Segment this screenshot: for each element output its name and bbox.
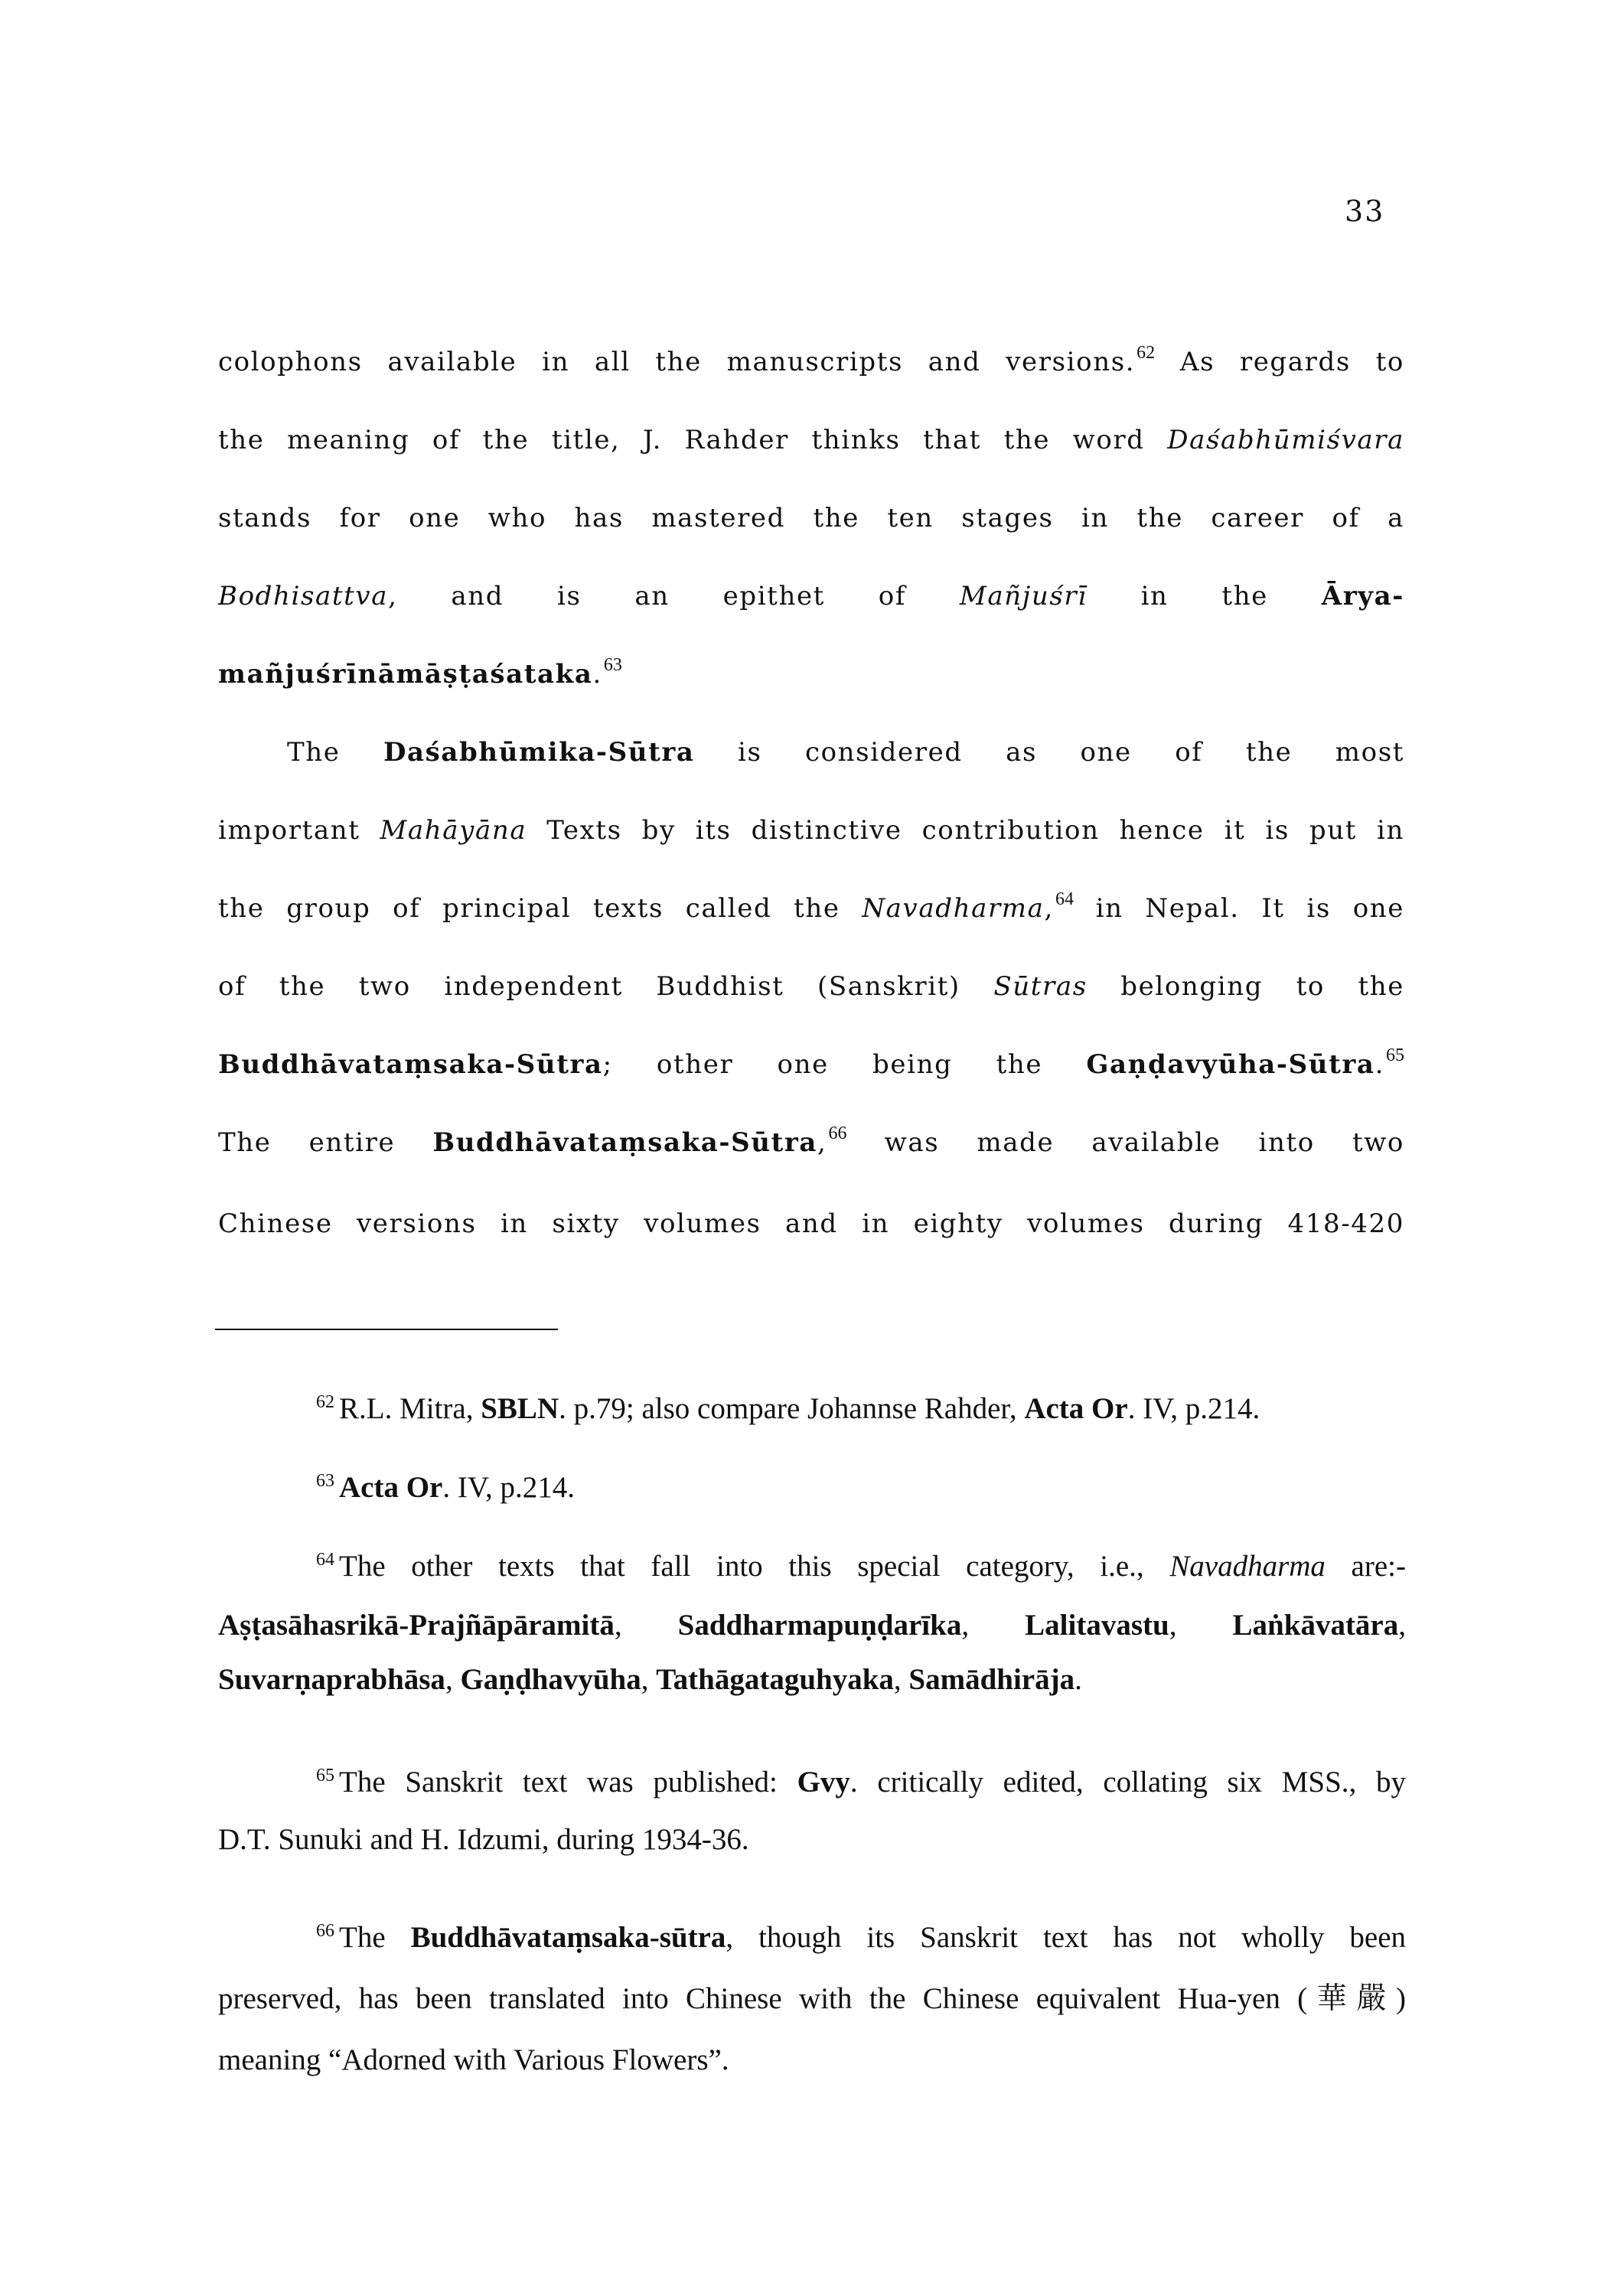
footnote-65-line: D.T. Sunuki and H. Idzumi, during 1934-3…	[218, 1822, 1406, 1857]
footnote-number: 66	[316, 1921, 334, 1941]
body-line: of the two independent Buddhist (Sanskri…	[218, 967, 1404, 1006]
footnote-66: 66The Buddhāvataṃsaka-sūtra, though its …	[218, 1920, 1406, 1955]
footnote-number: 62	[316, 1392, 334, 1412]
footnote-ref-66[interactable]: 66	[828, 1124, 846, 1143]
body-line: stands for one who has mastered the ten …	[218, 499, 1404, 537]
body-line: Buddhāvataṃsaka-Sūtra; other one being t…	[218, 1045, 1404, 1084]
footnote-63: 63Acta Or. IV, p.214.	[218, 1470, 1406, 1505]
page-number: 33	[1345, 194, 1384, 228]
body-line: colophons available in all the manuscrip…	[218, 343, 1404, 381]
footnote-64-line: Suvarṇaprabhāsa, Gaṇḍhavyūha, Tathāgatag…	[218, 1662, 1406, 1698]
footnote-number: 63	[316, 1471, 334, 1491]
term-dasabhumisvara: Daśabhūmiśvara	[1167, 425, 1404, 455]
footnote-66-line: preserved, has been translated into Chin…	[218, 1981, 1406, 2017]
body-line: mañjuśrīnāmāṣṭaśataka.63	[218, 655, 1404, 693]
footnote-number: 64	[316, 1550, 334, 1570]
footnote-64-line: Aṣṭasāhasrikā-Prajñāpāramitā, Saddharmap…	[218, 1608, 1406, 1643]
body-line: The Daśabhūmika-Sūtra is considered as o…	[218, 733, 1404, 771]
footnote-62: 62R.L. Mitra, SBLN. p.79; also compare J…	[218, 1391, 1406, 1427]
footnote-ref-62[interactable]: 62	[1136, 343, 1155, 363]
footnote-64: 64The other texts that fall into this sp…	[218, 1549, 1406, 1584]
footnote-separator	[215, 1329, 558, 1330]
footnote-ref-65[interactable]: 65	[1386, 1045, 1404, 1065]
body-line: the group of principal texts called the …	[218, 889, 1404, 928]
body-line: the meaning of the title, J. Rahder thin…	[218, 421, 1404, 459]
footnote-ref-64[interactable]: 64	[1055, 889, 1074, 909]
footnote-number: 65	[316, 1766, 334, 1786]
body-line: important Mahāyāna Texts by its distinct…	[218, 811, 1404, 850]
body-line: Chinese versions in sixty volumes and in…	[218, 1205, 1404, 1243]
footnote-66-line: meaning “Adorned with Various Flowers”.	[218, 2043, 1406, 2078]
footnote-ref-63[interactable]: 63	[604, 655, 622, 675]
body-line: Bodhisattva, and is an epithet of Mañjuś…	[218, 577, 1404, 615]
footnote-65: 65The Sanskrit text was published: Gvy. …	[218, 1765, 1406, 1800]
body-line: The entire Buddhāvataṃsaka-Sūtra,66 was …	[218, 1124, 1404, 1162]
